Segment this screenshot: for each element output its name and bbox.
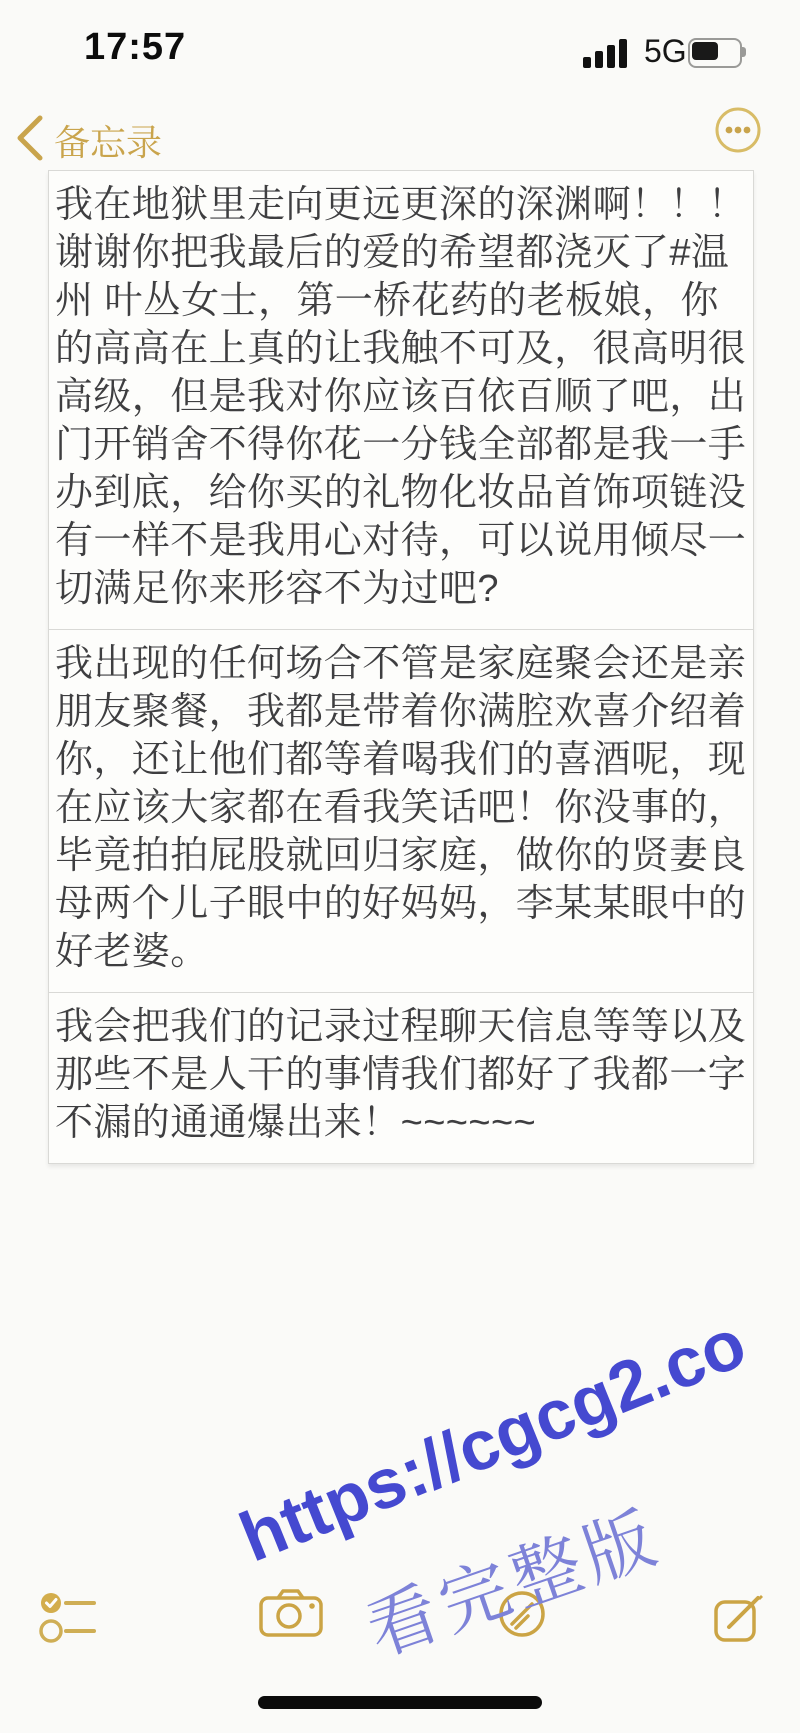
- back-button[interactable]: 备忘录: [14, 112, 162, 169]
- camera-icon: [258, 1588, 324, 1638]
- network-type-label: 5G: [644, 33, 687, 70]
- note-body[interactable]: 我在地狱里走向更远更深的深渊啊！！！谢谢你把我最后的爱的希望都浇灭了#温州 叶丛…: [48, 170, 754, 1164]
- home-indicator[interactable]: [258, 1696, 542, 1709]
- ellipsis-circle-icon: [714, 106, 762, 154]
- clock-time: 17:57: [84, 26, 186, 69]
- note-paragraph: 我出现的任何场合不管是家庭聚会还是亲朋友聚餐，我都是带着你满腔欢喜介绍着你，还让…: [49, 629, 753, 992]
- checklist-icon: [38, 1588, 100, 1646]
- more-options-button[interactable]: [714, 106, 762, 154]
- chevron-left-icon: [14, 112, 44, 169]
- compose-button[interactable]: [712, 1588, 768, 1649]
- back-button-label: 备忘录: [54, 115, 162, 166]
- status-bar: 17:57 5G: [0, 0, 800, 100]
- checklist-button[interactable]: [38, 1588, 100, 1651]
- camera-button[interactable]: [258, 1588, 324, 1643]
- note-paragraph: 我在地狱里走向更远更深的深渊啊！！！谢谢你把我最后的爱的希望都浇灭了#温州 叶丛…: [49, 171, 753, 629]
- compose-icon: [712, 1588, 768, 1644]
- note-paragraph: 我会把我们的记录过程聊天信息等等以及那些不是人干的事情我们都好了我都一字不漏的通…: [49, 992, 753, 1163]
- notes-app-screen: 17:57 5G 备忘录 我在地狱里走向更远更深的深渊啊！！！: [0, 0, 800, 1733]
- navigation-bar: 备忘录: [0, 108, 800, 170]
- battery-icon: [688, 38, 746, 66]
- cellular-signal-icon: [583, 38, 633, 68]
